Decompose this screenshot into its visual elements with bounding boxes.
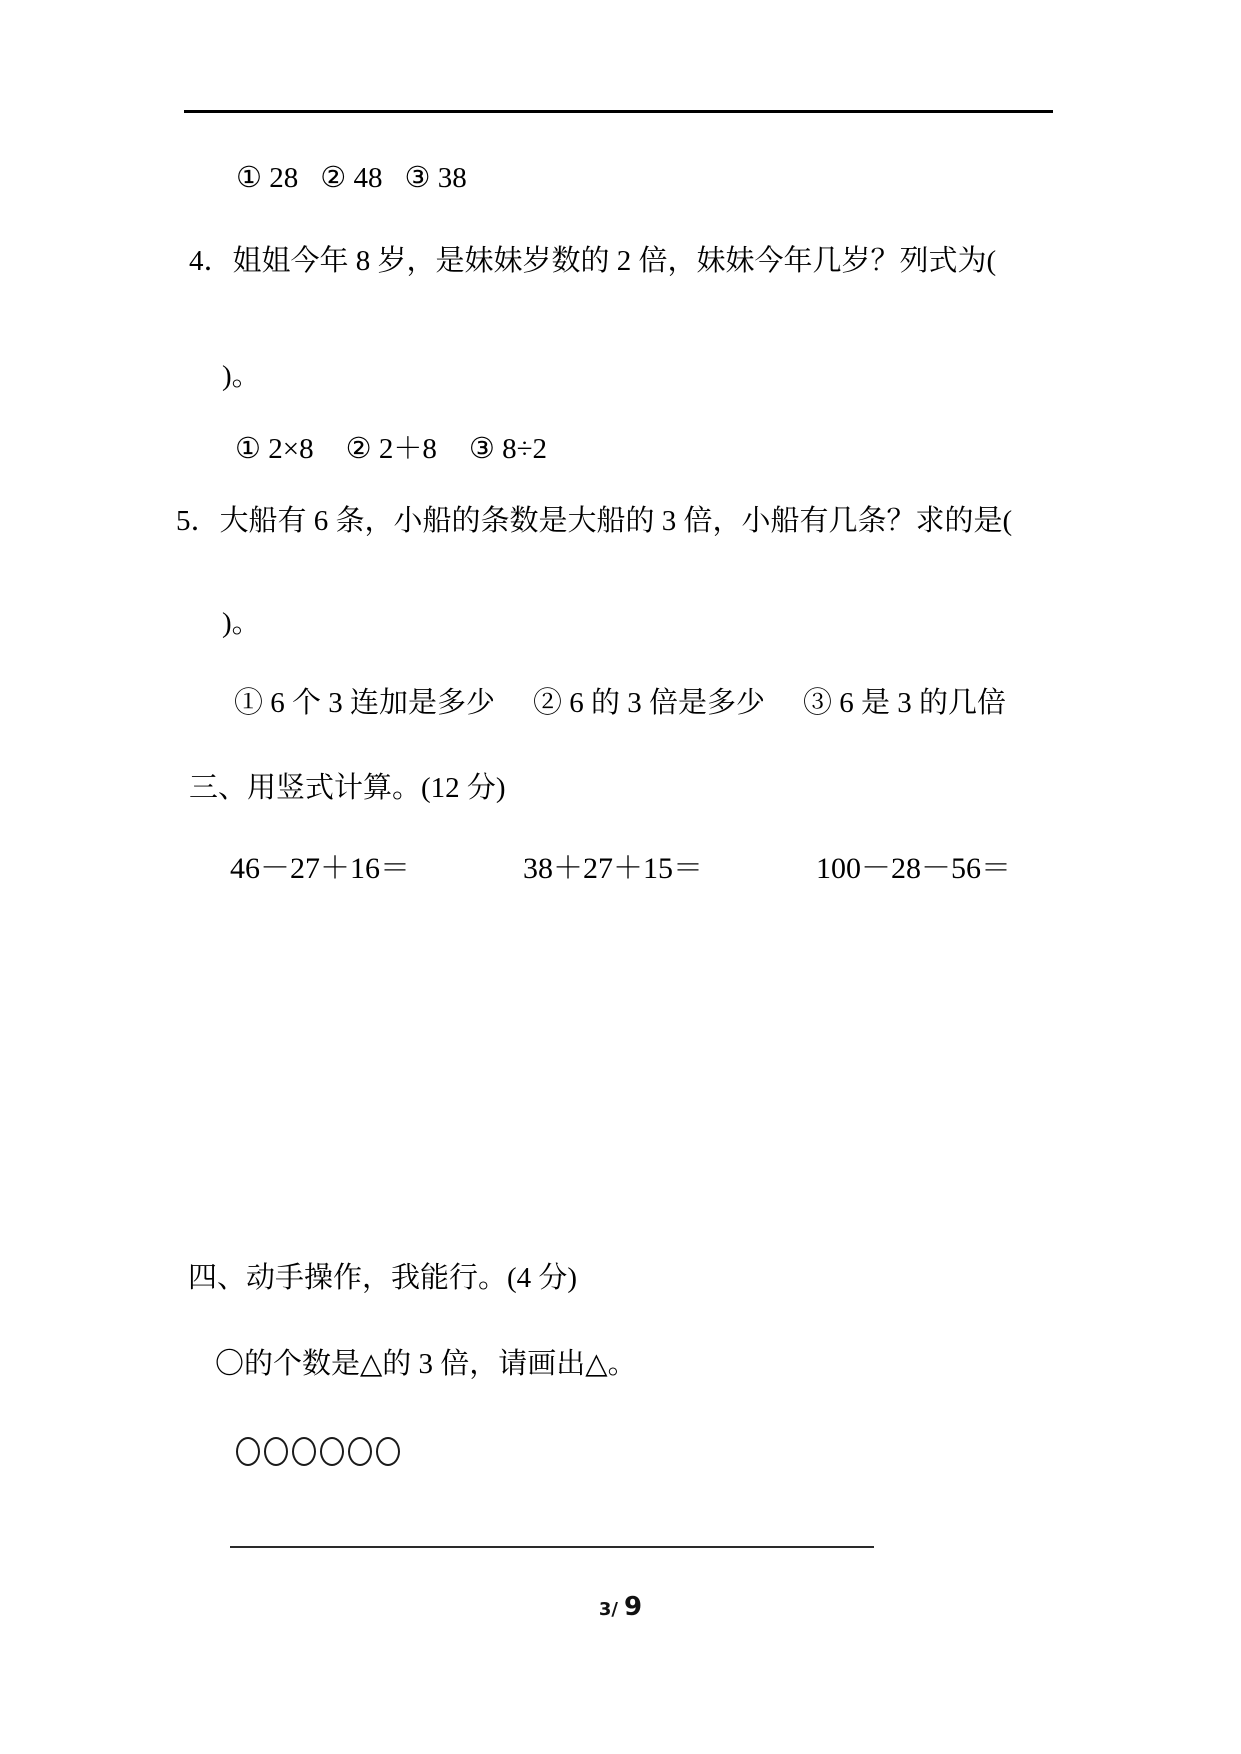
question4-options-row: ① 2×8 ② 2＋8 ③ 8÷2 bbox=[235, 431, 547, 467]
circles-row bbox=[236, 1437, 404, 1466]
question3-option-1: ① 28 bbox=[236, 160, 298, 196]
calc-expression-2: 38＋27＋15＝ bbox=[523, 851, 703, 887]
section3-heading: 三、用竖式计算。(12 分) bbox=[189, 770, 506, 806]
question5-option-3: ③ 6 是 3 的几倍 bbox=[803, 685, 1006, 721]
question4-option-3: ③ 8÷2 bbox=[469, 431, 547, 467]
section4-heading: 四、动手操作，我能行。(4 分) bbox=[188, 1260, 577, 1296]
question3-option-3: ③ 38 bbox=[405, 160, 467, 196]
question4-close-paren: )。 bbox=[222, 358, 261, 394]
test-paper-page: ① 28 ② 48 ③ 38 4．姐姐今年 8 岁，是妹妹岁数的 2 倍，妹妹今… bbox=[0, 0, 1241, 1754]
section4-instruction: 〇的个数是△的 3 倍，请画出△。 bbox=[215, 1346, 637, 1382]
question5-option-2: ② 6 的 3 倍是多少 bbox=[533, 685, 765, 721]
question3-options-row: ① 28 ② 48 ③ 38 bbox=[236, 160, 467, 196]
calc-expression-1: 46－27＋16＝ bbox=[230, 851, 410, 887]
question5-options-row: ① 6 个 3 连加是多少 ② 6 的 3 倍是多少 ③ 6 是 3 的几倍 bbox=[234, 685, 1006, 721]
current-page-number: 3/ bbox=[599, 1599, 618, 1620]
circle-shape bbox=[264, 1437, 288, 1466]
question4-text: 4．姐姐今年 8 岁，是妹妹岁数的 2 倍，妹妹今年几岁？列式为( bbox=[189, 243, 996, 279]
question5-close-paren: )。 bbox=[222, 605, 261, 641]
question4-option-1: ① 2×8 bbox=[235, 431, 314, 467]
calc-expression-3: 100－28－56＝ bbox=[816, 851, 1011, 887]
circle-shape bbox=[376, 1437, 400, 1466]
question3-option-2: ② 48 bbox=[320, 160, 382, 196]
question4-option-2: ② 2＋8 bbox=[346, 431, 437, 467]
question5-text: 5．大船有 6 条，小船的条数是大船的 3 倍，小船有几条？求的是( bbox=[176, 503, 1012, 539]
question5-option-1: ① 6 个 3 连加是多少 bbox=[234, 685, 495, 721]
circle-shape bbox=[292, 1437, 316, 1466]
circle-shape bbox=[348, 1437, 372, 1466]
page-footer: 3/9 bbox=[0, 1592, 1241, 1622]
circle-shape bbox=[320, 1437, 344, 1466]
total-page-number: 9 bbox=[624, 1592, 642, 1622]
answer-blank-line bbox=[230, 1546, 874, 1548]
circle-shape bbox=[236, 1437, 260, 1466]
header-rule bbox=[184, 110, 1053, 113]
